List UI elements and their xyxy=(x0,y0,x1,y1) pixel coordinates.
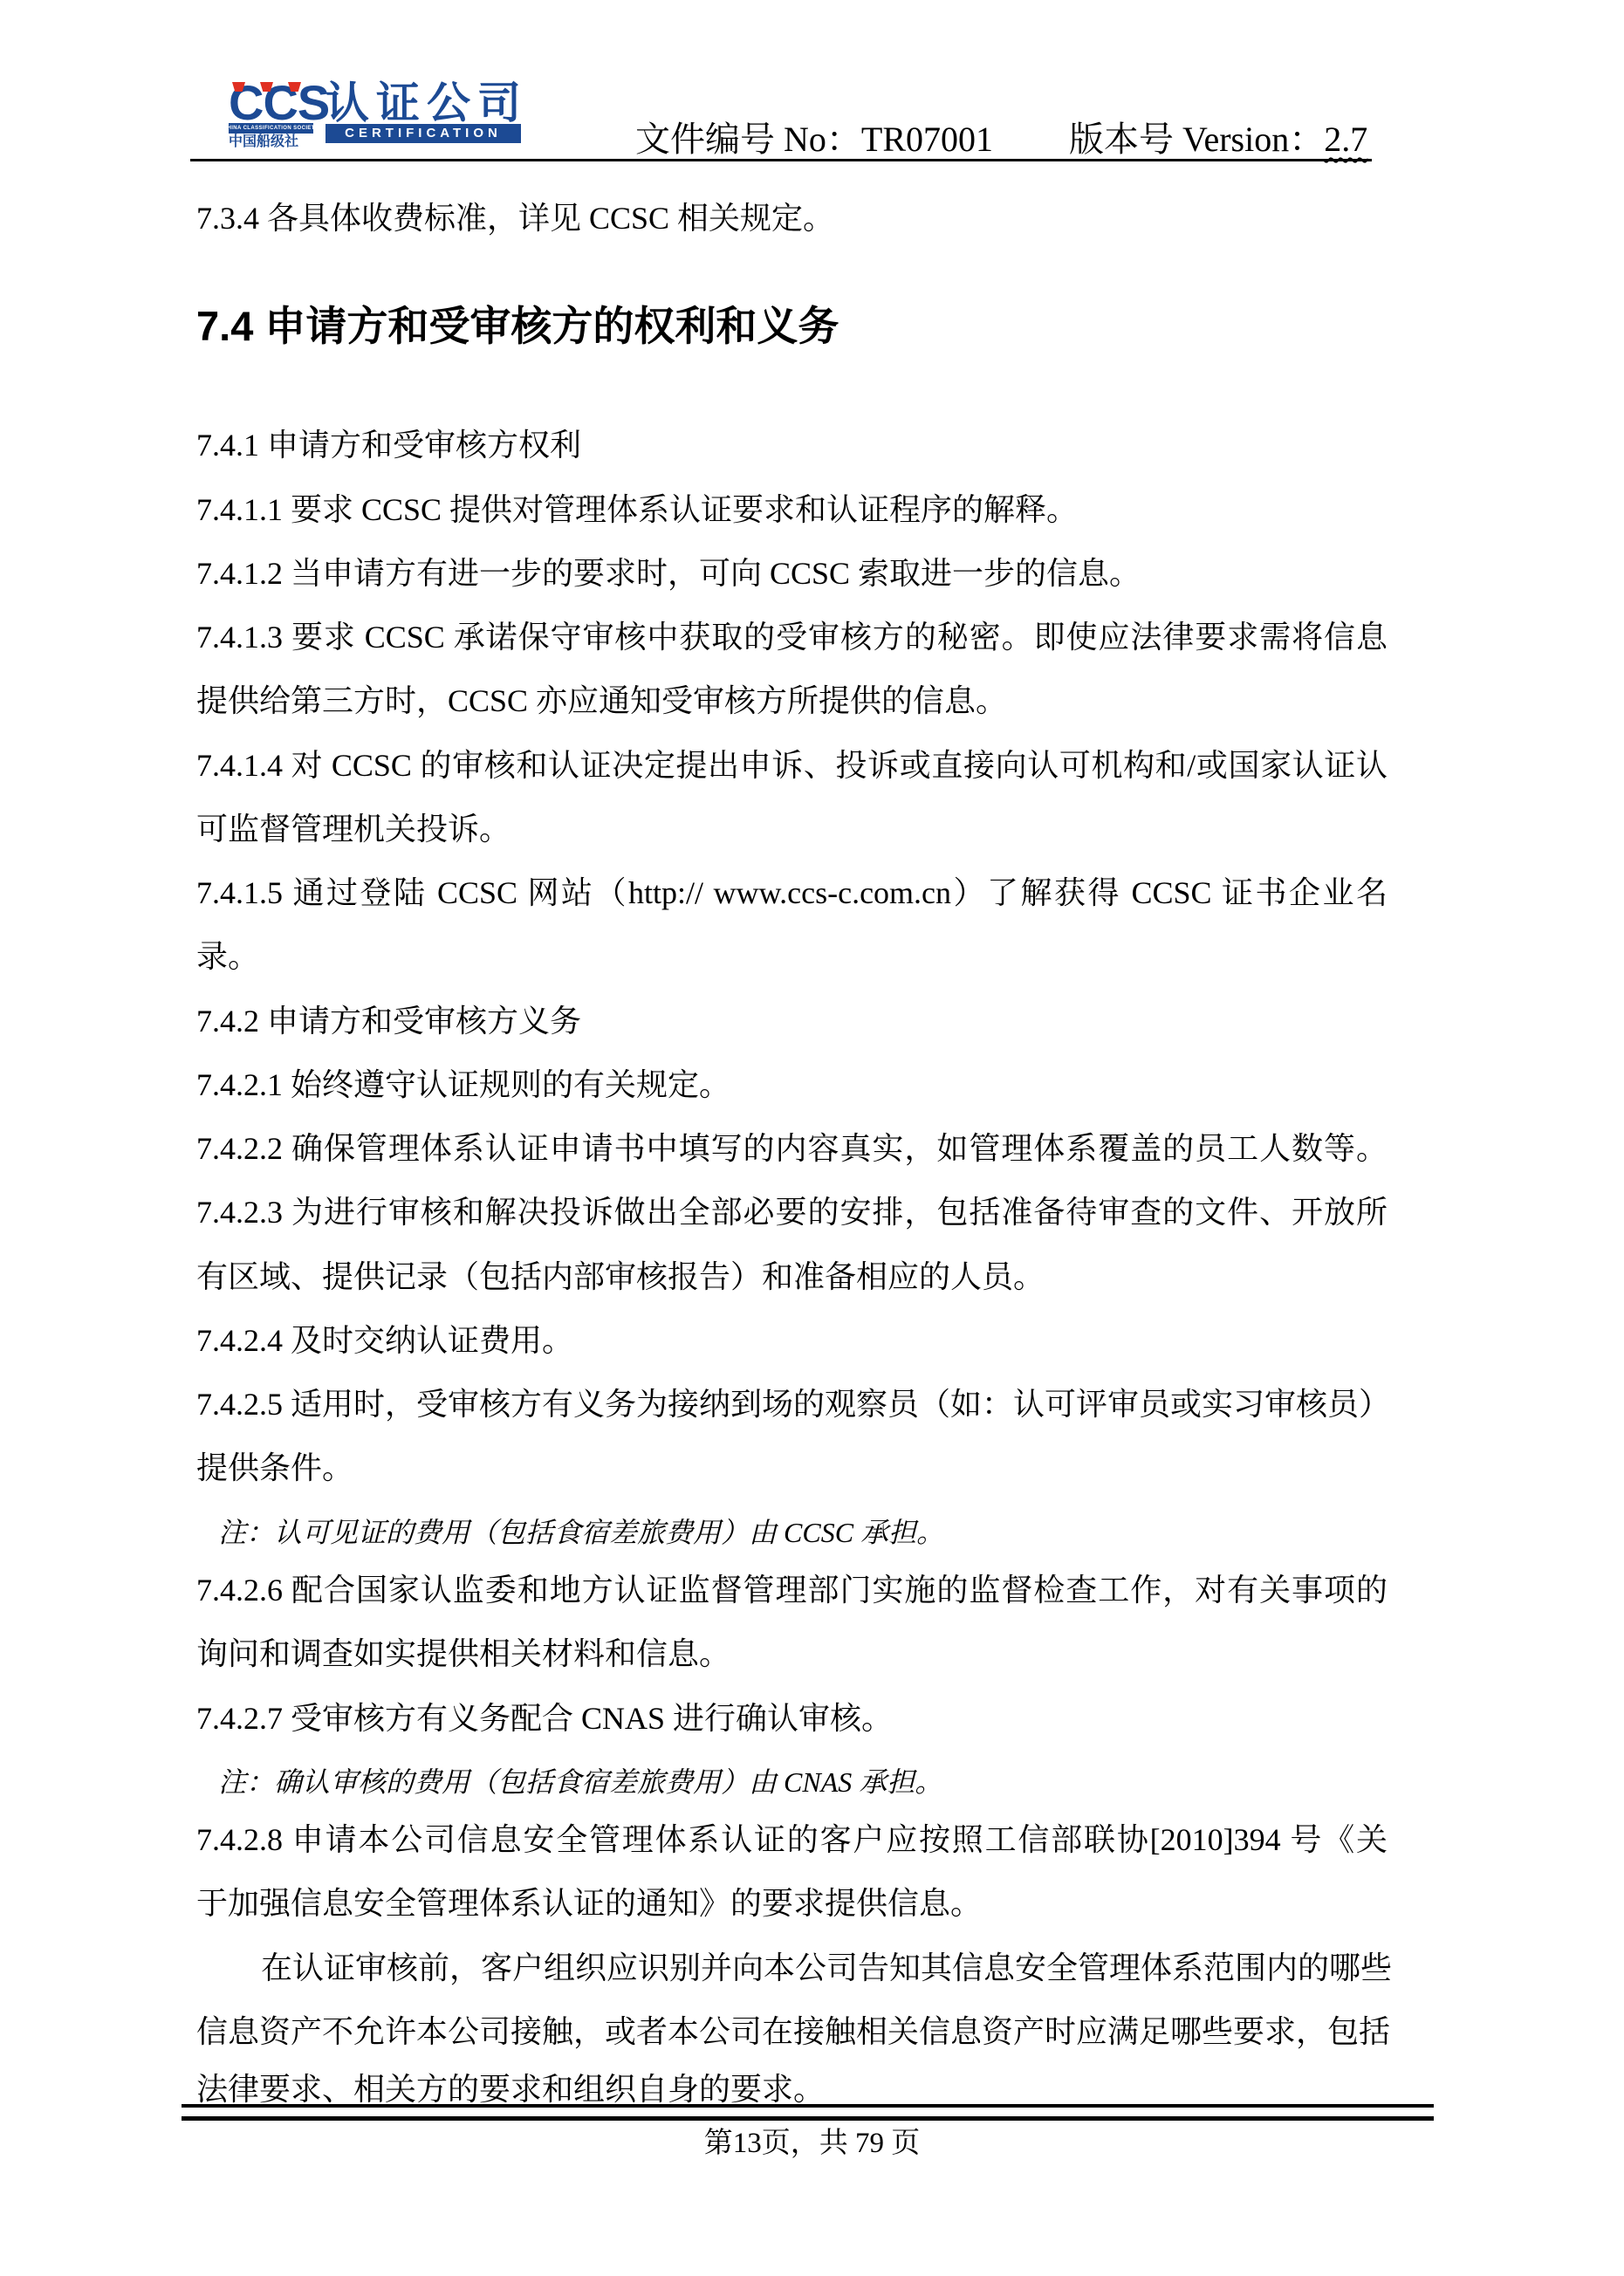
document-page: CCS CHINA CLASSIFICATION SOCIETY 中国船级社 认… xyxy=(0,0,1624,2276)
version-value: 2.7 xyxy=(1324,120,1367,159)
body-line: 可监督管理机关投诉。 xyxy=(196,810,510,848)
document-number: 文件编号 No：TR07001 xyxy=(635,120,993,159)
footer-rule-top xyxy=(182,2104,1434,2108)
body-line: 7.4.1.3 要求 CCSC 承诺保守审核中获取的受审核方的秘密。即使应法律要… xyxy=(196,618,1388,656)
body-line: 提供给第三方时，CCSC 亦应通知受审核方所提供的信息。 xyxy=(196,682,1007,720)
society-cn-label: 中国船级社 xyxy=(229,134,313,150)
body-line: 询问和调查如实提供相关材料和信息。 xyxy=(196,1635,730,1673)
body-line: 7.4.1.1 要求 CCSC 提供对管理体系认证要求和认证程序的解释。 xyxy=(196,490,1078,529)
body-line: 7.4.2.3 为进行审核和解决投诉做出全部必要的安排，包括准备待审查的文件、开… xyxy=(196,1193,1388,1231)
body-line: 录。 xyxy=(196,937,259,976)
body-line: 7.4.1.5 通过登陆 CCSC 网站（http:// www.ccs-c.c… xyxy=(196,874,1388,912)
body-line: 有区域、提供记录（包括内部审核报告）和准备相应的人员。 xyxy=(196,1258,1045,1296)
body-line: 7.4.2.2 确保管理体系认证申请书中填写的内容真实，如管理体系覆盖的员工人数… xyxy=(196,1129,1388,1168)
section-heading: 7.4 申请方和受审核方的权利和义务 xyxy=(196,304,839,349)
body-line: 于加强信息安全管理体系认证的通知》的要求提供信息。 xyxy=(196,1884,982,1923)
version-label: 版本号 Version： xyxy=(1069,120,1324,159)
footer-rule-bottom xyxy=(182,2116,1434,2121)
header-rule xyxy=(190,159,1372,161)
ccs-logo-right: 认证公司 CERTIFICATION xyxy=(325,84,528,143)
company-cn-label: 认证公司 xyxy=(325,84,528,122)
ccs-mark: CCS xyxy=(229,84,313,122)
body-line: 信息资产不允许本公司接触，或者本公司在接触相关信息资产时应满足哪些要求，包括 xyxy=(196,2012,1388,2051)
body-line: 7.4.2.1 始终遵守认证规则的有关规定。 xyxy=(196,1066,730,1104)
body-line: 7.4.2.4 及时交纳认证费用。 xyxy=(196,1321,573,1360)
body-line: 7.4.2 申请方和受审核方义务 xyxy=(196,1002,581,1040)
body-line: 在认证审核前，客户组织应识别并向本公司告知其信息安全管理体系范围内的哪些 xyxy=(261,1949,1388,1987)
version-number: 版本号 Version：2.7 xyxy=(1069,120,1367,159)
document-number-value: TR07001 xyxy=(861,120,993,159)
body-line: 法律要求、相关方的要求和组织自身的要求。 xyxy=(196,2070,825,2108)
ccs-logo-left: CCS CHINA CLASSIFICATION SOCIETY 中国船级社 xyxy=(229,84,313,150)
page-number: 第13页，共 79 页 xyxy=(0,2126,1624,2161)
body-line: 7.4.2.8 申请本公司信息安全管理体系认证的客户应按照工信部联协[2010]… xyxy=(196,1820,1388,1859)
ccs-logo: CCS CHINA CLASSIFICATION SOCIETY 中国船级社 认… xyxy=(229,84,528,150)
note-line: 注：认可见证的费用（包括食宿差旅费用）由 CCSC 承担。 xyxy=(218,1513,944,1552)
certification-label: CERTIFICATION xyxy=(345,124,502,143)
body-line: 7.4.2.5 适用时，受审核方有义务为接纳到场的观察员（如：认可评审员或实习审… xyxy=(196,1385,1388,1423)
certification-bar: CERTIFICATION xyxy=(325,124,521,143)
body-line: 提供条件。 xyxy=(196,1449,353,1487)
body-line: 7.4.1 申请方和受审核方权利 xyxy=(196,426,581,464)
document-number-label: 文件编号 No： xyxy=(635,120,861,159)
note-line: 注：确认审核的费用（包括食宿差旅费用）由 CNAS 承担。 xyxy=(218,1763,942,1801)
body-line: 7.4.1.4 对 CCSC 的审核和认证决定提出申诉、投诉或直接向认可机构和/… xyxy=(196,746,1388,785)
body-line: 7.4.1.2 当申请方有进一步的要求时，可向 CCSC 索取进一步的信息。 xyxy=(196,554,1141,593)
body-line: 7.3.4 各具体收费标准，详见 CCSC 相关规定。 xyxy=(196,199,834,237)
body-line: 7.4.2.6 配合国家认监委和地方认证监督管理部门实施的监督检查工作，对有关事… xyxy=(196,1571,1388,1609)
body-line: 7.4.2.7 受审核方有义务配合 CNAS 进行确认审核。 xyxy=(196,1699,893,1738)
society-cn-text: 中国船级社 xyxy=(229,134,298,150)
